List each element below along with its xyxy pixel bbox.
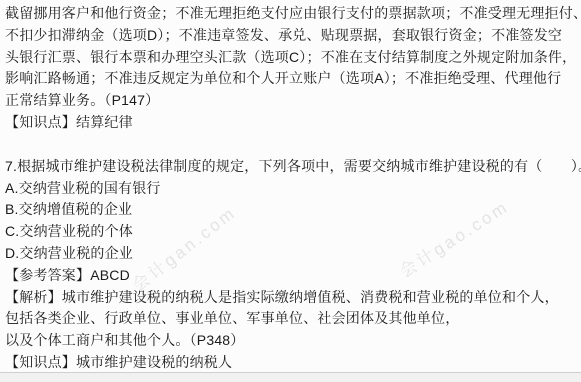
question-7-stem: 7.根据城市维护建设税法律制度的规定，下列各项中，需要交纳城市维护建设税的有（ …	[5, 156, 578, 178]
question-7-option-d: D.交纳营业税的企业	[5, 243, 578, 265]
carryover-answer-line-3: 头银行汇票、银行本票和办理空头汇款（选项C）；不准在支付结算制度之外规定附加条件…	[5, 47, 578, 69]
carryover-answer-line-2: 不扣少扣滞纳金（选项D）；不准违章签发、承兑、贴现票据，套取银行资金；不准签发空	[5, 25, 578, 47]
knowledge-point-settlement: 【知识点】结算纪律	[5, 112, 578, 134]
document-text: 截留挪用客户和他行资金；不准无理拒绝支付应由银行支付的票据款项；不准受理无理拒付…	[5, 3, 578, 374]
question-7-option-c: C.交纳营业税的个体	[5, 221, 578, 243]
question-7-option-a: A.交纳营业税的国有银行	[5, 178, 578, 200]
page-bottom-edge	[0, 372, 581, 382]
carryover-answer-line-5: 正常结算业务。（P147）	[5, 90, 578, 112]
question-7-reference-answer: 【参考答案】ABCD	[5, 265, 578, 287]
knowledge-point-urban-tax: 【知识点】城市维护建设税的纳税人	[5, 352, 578, 374]
carryover-answer-line-1: 截留挪用客户和他行资金；不准无理拒绝支付应由银行支付的票据款项；不准受理无理拒付…	[5, 3, 578, 25]
document-page: 会计gan.com 会计gao.com 截留挪用客户和他行资金；不准无理拒绝支付…	[0, 0, 581, 382]
question-7-analysis-line-2: 包括各类企业、行政单位、事业单位、军事单位、社会团体及其他单位，	[5, 308, 578, 330]
blank-line	[5, 134, 578, 156]
carryover-answer-line-4: 影响汇路畅通；不准违反规定为单位和个人开立账户（选项A）；不准拒绝受理、代理他行	[5, 68, 578, 90]
question-7-option-b: B.交纳增值税的企业	[5, 199, 578, 221]
question-7-analysis-line-1: 【解析】城市维护建设税的纳税人是指实际缴纳增值税、消费税和营业税的单位和个人，	[5, 287, 578, 309]
question-7-analysis-line-3: 以及个体工商户和其他个人。（P348）	[5, 330, 578, 352]
